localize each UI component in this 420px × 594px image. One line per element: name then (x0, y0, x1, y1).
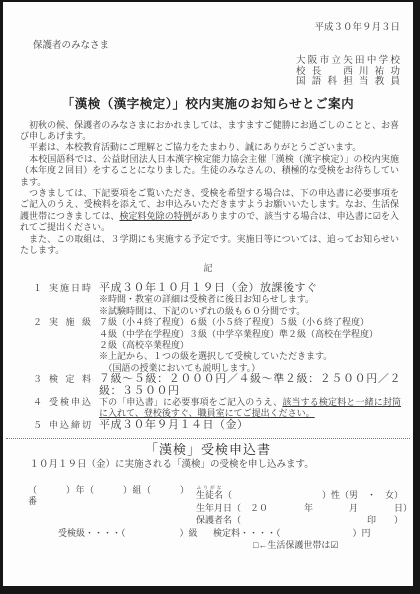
apply-text: 下の「申込書」に必要事項をご記入のうえ、 (99, 397, 282, 407)
item-number: ５ (33, 420, 49, 431)
item-number: １ (33, 283, 49, 294)
sender-teacher: 国語科担当教員 (296, 77, 400, 88)
form-right-column: 生徒名ふりがな（ ）性（男 ・ 女） 生年月日（ ２０ 年 月 日） 保護者名（… (196, 485, 413, 527)
item-value-levels-3: ２級（高校卒業程度） (99, 340, 401, 351)
student-name-text: 生徒名 (196, 490, 223, 500)
student-name-label: 生徒名ふりがな (196, 490, 223, 500)
cutoff-dotted-line (6, 438, 410, 439)
application-form-intro: １０月１９日（金）に実施される「漢検」の受検を申し込みます。 (20, 459, 413, 470)
body-text: 初秋の候、保護者のみなさまにおかれましては、ますますご健勝にお過ごしのことと、お… (20, 120, 399, 257)
list-item-levels: ２ 実施級 ７級（小４終了程度）６級（小５終了程度）５級（小６終了程度） (33, 317, 401, 328)
exam-fee-field[interactable]: 検定料・・・・（ ）円 (213, 528, 371, 539)
item-label: 実施級 (49, 317, 91, 328)
item-label: 実施日時 (49, 283, 91, 294)
item-label: 検定料 (49, 374, 91, 397)
sender-school: 大阪市立矢田中学校 (296, 56, 400, 67)
paragraph-announcement: 本校国語科では、公益財団法人日本漢字検定能力協会主催「漢検（漢字検定）」の校内実… (20, 154, 399, 188)
salutation: 保護者のみなさま (33, 40, 413, 51)
details-list: １ 実施日時 平成３０年１０月１９日（金）放課後すぐ ※時間・教室の詳細は受検者… (3, 283, 413, 431)
list-item-apply: ４ 受検申込 下の「申込書」に必要事項をご記入のうえ、該当する検定料と一緒に封筒… (33, 397, 401, 420)
form-student-row: （ ）年（ ）組（ ）番 生徒名ふりがな（ ）性（男 ・ 女） 生年月日（ ２０… (28, 485, 413, 527)
class-number-fields[interactable]: （ ）年（ ）組（ ）番 (28, 485, 196, 527)
sender-block: 大阪市立矢田中学校 校長 西川祐功 国語科担当教員 (296, 56, 400, 88)
welfare-checkbox-note[interactable]: □←生活保護世帯は☑ (253, 540, 413, 551)
item-value-fee: ７級～５級：２０００円／４級～準２級：２５００円／２級：３５００円 (99, 374, 401, 397)
item-number: ４ (33, 397, 49, 420)
list-item-deadline: ５ 申込締切 平成３０年９月１４日（金） (33, 420, 401, 431)
paragraph-next-term: また、この取組は、３学期にも実施する予定です。実施日等については、追ってお知らせ… (20, 234, 399, 257)
paragraph-thanks: 平素は、本校教育活動にご理解とご協力をたまわり、誠にありがとうございます。 (20, 142, 399, 153)
student-name-line[interactable]: 生徒名ふりがな（ ）性（男 ・ 女） (196, 485, 413, 502)
item-value-levels-2: ４級（中学在学程度）３級（中学卒業程度）準２級（高校在学程度） (99, 329, 401, 340)
fee-exemption-underline: 検定料免除の特例 (119, 211, 191, 221)
birthdate-field[interactable]: 生年月日（ ２０ 年 月 日） (196, 502, 413, 515)
exam-grade-field[interactable]: 受検級・・・・（ ）級 (58, 528, 213, 539)
ki-marker: 記 (3, 263, 413, 274)
form-grade-fee-row: 受検級・・・・（ ）級 検定料・・・・（ ）円 (58, 528, 413, 539)
item-value-levels-1: ７級（小４終了程度）６級（小５終了程度）５級（小６終了程度） (99, 317, 401, 328)
item-value-deadline: 平成３０年９月１４日（金） (99, 420, 401, 431)
paragraph-application: つきましては、下記要項をご覧いただき、受検を希望する場合は、下の申込書に必要事項… (20, 188, 399, 234)
list-item-fee: ３ 検定料 ７級～５級：２０００円／４級～準２級：２５００円／２級：３５００円 (33, 374, 401, 397)
item-value-date: 平成３０年１０月１９日（金）放課後すぐ (99, 283, 401, 294)
item-label: 申込締切 (49, 420, 91, 431)
document-title: 「漢検（漢字検定）」校内実施のお知らせとご案内 (3, 99, 413, 110)
item-number: ３ (33, 374, 49, 397)
item-label: 受検申込 (49, 397, 91, 420)
document-page: 平成３０年９月３日 保護者のみなさま 大阪市立矢田中学校 校長 西川祐功 国語科… (3, 2, 413, 586)
list-item-date: １ 実施日時 平成３０年１０月１９日（金）放課後すぐ (33, 283, 401, 294)
item-value-apply: 下の「申込書」に必要事項をご記入のうえ、該当する検定料と一緒に封筒に入れて、登校… (99, 397, 401, 420)
item-number: ２ (33, 317, 49, 328)
student-name-field[interactable]: （ ）性（男 ・ 女） (223, 490, 403, 500)
guardian-name-field[interactable]: 保護者名（ 印 ） (196, 514, 413, 527)
item-note: ※時間・教室の詳細は受検者に後日お知らせします。 (99, 294, 401, 305)
application-form-title: 「漢検」受検申込書 (3, 444, 413, 455)
item-note: ※上記から、１つの級を選択して受検していただきます。 (99, 351, 401, 362)
issue-date: 平成３０年９月３日 (3, 2, 413, 33)
paragraph-greeting: 初秋の候、保護者のみなさまにおかれましては、ますますご健勝にお過ごしのことと、お… (20, 120, 399, 143)
item-note: ※試験時間は、下記のいずれの級も６０分間です。 (99, 306, 401, 317)
furigana-ruby: ふりがな (196, 485, 223, 490)
